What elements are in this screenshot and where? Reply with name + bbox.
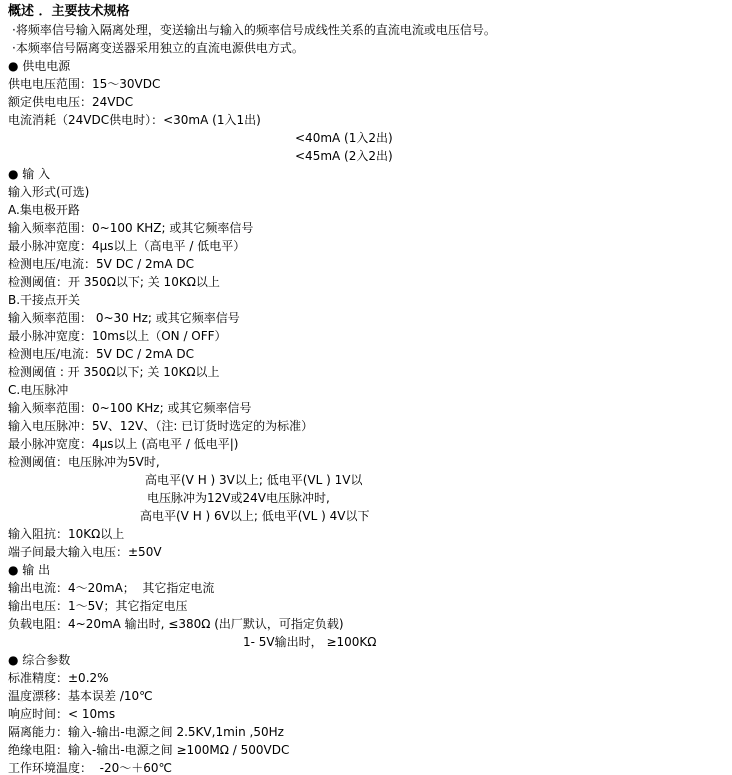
spec-input-impedance: 输入阻抗：10KΩ以上	[0, 525, 732, 543]
spec-c-threshold-5v: 高电平(V H ) 3V以上; 低电平(VL ) 1V以	[0, 471, 732, 489]
spec-input-type-b: B.干接点开关	[0, 291, 732, 309]
spec-c-frequency-range: 输入频率范围：0~100 KHz; 或其它频率信号	[0, 399, 732, 417]
spec-b-detect-voltage-current: 检测电压/电流：5V DC / 2mA DC	[0, 345, 732, 363]
spec-c-detect-threshold: 检测阈值：电压脉冲为5V时,	[0, 453, 732, 471]
spec-load-resistance-2: 1- 5V输出时， ≥100KΩ	[0, 633, 732, 651]
spec-current-consumption-3: <45mA (2入2出)	[0, 147, 732, 165]
section-general-params-heading: ● 综合参数	[0, 651, 732, 669]
spec-temp-drift: 温度漂移：基本误差 /10℃	[0, 687, 732, 705]
spec-rated-supply-voltage: 额定供电电压：24VDC	[0, 93, 732, 111]
spec-supply-voltage-range: 供电电压范围：15～30VDC	[0, 75, 732, 93]
section-output-heading: ● 输 出	[0, 561, 732, 579]
spec-input-type-a: A.集电极开路	[0, 201, 732, 219]
spec-isolation: 隔离能力：输入-输出-电源之间 2.5KV,1min ,50Hz	[0, 723, 732, 741]
spec-input-form: 输入形式(可选)	[0, 183, 732, 201]
page-title: 概述 ．主要技术规格	[0, 3, 732, 21]
spec-output-current: 输出电流：4～20mA； 其它指定电流	[0, 579, 732, 597]
spec-max-input-voltage: 端子间最大输入电压：±50V	[0, 543, 732, 561]
spec-output-voltage: 输出电压：1～5V；其它指定电压	[0, 597, 732, 615]
section-power-supply-heading: ● 供电电源	[0, 57, 732, 75]
spec-insulation-resistance: 绝缘电阻：输入-输出-电源之间 ≥100MΩ / 500VDC	[0, 741, 732, 759]
spec-c-voltage-pulse: 输入电压脉冲：5V、12V、（注: 已订货时选定的为标准）	[0, 417, 732, 435]
spec-load-resistance: 负载电阻：4~20mA 输出时, ≤380Ω (出厂默认，可指定负载)	[0, 615, 732, 633]
intro-bullet-2: ·本频率信号隔离变送器采用独立的直流电源供电方式。	[0, 39, 732, 57]
section-input-heading: ● 输 入	[0, 165, 732, 183]
spec-input-type-c: C.电压脉冲	[0, 381, 732, 399]
spec-b-detect-threshold: 检测阈值 : 开 350Ω以下; 关 10KΩ以上	[0, 363, 732, 381]
spec-response-time: 响应时间：< 10ms	[0, 705, 732, 723]
spec-operating-temperature: 工作环境温度： -20～＋60℃	[0, 759, 732, 775]
spec-current-consumption-2: <40mA (1入2出)	[0, 129, 732, 147]
spec-a-min-pulse-width: 最小脉冲宽度：4μs以上（高电平 / 低电平）	[0, 237, 732, 255]
spec-lines: ·将频率信号输入隔离处理，变送输出与输入的频率信号成线性关系的直流电流或电压信号…	[0, 21, 732, 775]
spec-a-detect-threshold: 检测阈值：开 350Ω以下; 关 10KΩ以上	[0, 273, 732, 291]
spec-c-threshold-12v-24v-label: 电压脉冲为12V或24V电压脉冲时,	[0, 489, 732, 507]
spec-a-detect-voltage-current: 检测电压/电流：5V DC / 2mA DC	[0, 255, 732, 273]
spec-current-consumption: 电流消耗（24VDC供电时）：<30mA (1入1出)	[0, 111, 732, 129]
spec-c-min-pulse-width: 最小脉冲宽度：4μs以上 (高电平 / 低电平|)	[0, 435, 732, 453]
spec-a-frequency-range: 输入频率范围：0~100 KHZ; 或其它频率信号	[0, 219, 732, 237]
spec-b-min-pulse-width: 最小脉冲宽度：10ms以上（ON / OFF）	[0, 327, 732, 345]
spec-b-frequency-range: 输入频率范围： 0~30 Hz; 或其它频率信号	[0, 309, 732, 327]
spec-document: 概述 ．主要技术规格 ·将频率信号输入隔离处理，变送输出与输入的频率信号成线性关…	[0, 0, 732, 775]
intro-bullet-1: ·将频率信号输入隔离处理，变送输出与输入的频率信号成线性关系的直流电流或电压信号…	[0, 21, 732, 39]
spec-accuracy: 标准精度：±0.2%	[0, 669, 732, 687]
spec-c-threshold-12v-24v: 高电平(V H ) 6V以上; 低电平(VL ) 4V以下	[0, 507, 732, 525]
